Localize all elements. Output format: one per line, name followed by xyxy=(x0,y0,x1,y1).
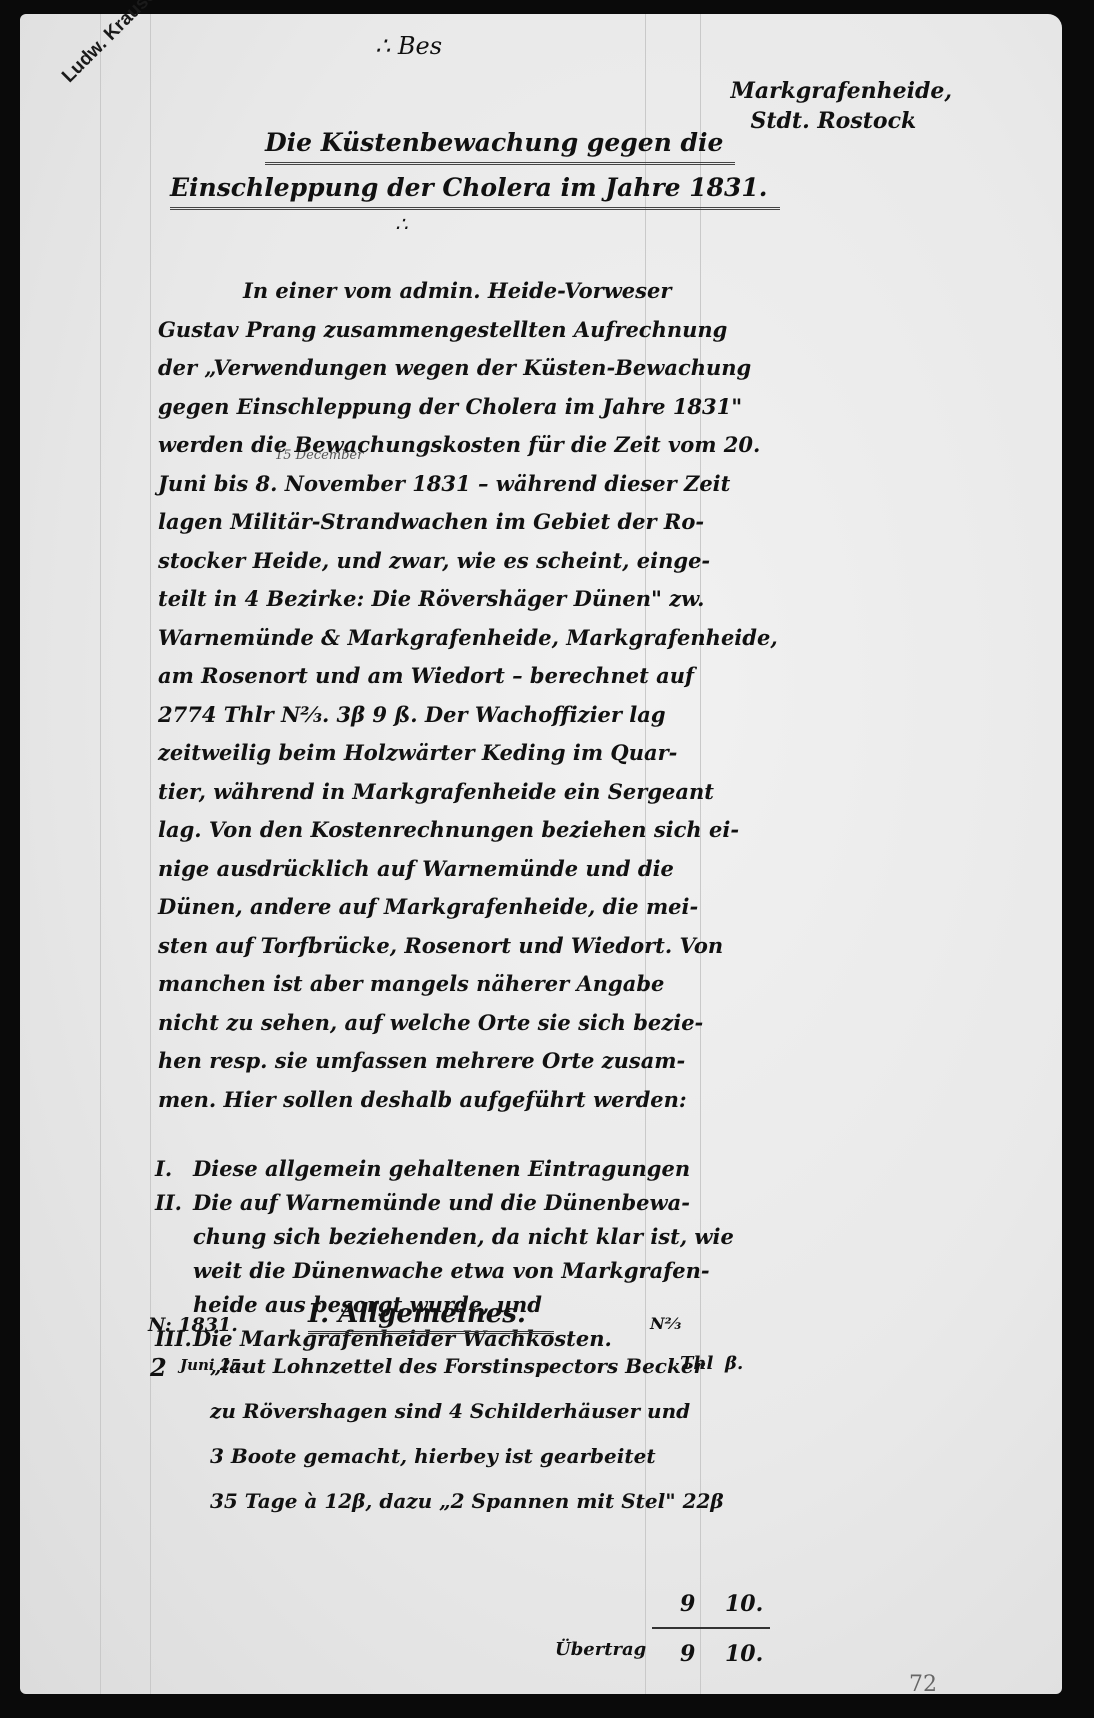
body-line: zeitweilig beim Holzwärter Keding im Qua… xyxy=(158,734,818,773)
body-line: hen resp. sie umfassen mehrere Orte zusa… xyxy=(158,1042,818,1081)
location-line: Markgrafenheide, xyxy=(730,76,952,106)
document-title: Die Küstenbewachung gegen die Einschlepp… xyxy=(170,124,780,210)
list-item: I.Diese allgemein gehaltenen Eintragunge… xyxy=(155,1152,734,1186)
page-number: 72 xyxy=(909,1672,937,1697)
body-line: nicht zu sehen, auf welche Orte sie sich… xyxy=(158,1004,818,1043)
ledger-number-header: N: 1831. xyxy=(148,1314,238,1336)
body-line: Warnemünde & Markgrafenheide, Markgrafen… xyxy=(158,619,818,658)
body-line: manchen ist aber mangels näherer Angabe xyxy=(158,965,818,1004)
list-numeral: I. xyxy=(155,1152,193,1186)
carry-over-schilling: 10. xyxy=(725,1641,763,1667)
list-text: chung sich beziehenden, da nicht klar is… xyxy=(193,1220,734,1254)
ledger-text-line: 35 Tage à 12β, dazu „2 Spannen mit Stel"… xyxy=(210,1479,724,1524)
title-line: Die Küstenbewachung gegen die xyxy=(265,124,735,165)
ledger-entry-number: 2 xyxy=(150,1353,167,1382)
body-line: sten auf Torfbrücke, Rosenort und Wiedor… xyxy=(158,927,818,966)
ruled-margin-line xyxy=(150,14,151,1694)
body-line: am Rosenort und am Wiedort – berechnet a… xyxy=(158,657,818,696)
section-heading: I. Allgemeines. xyxy=(308,1299,554,1334)
body-line: men. Hier sollen deshalb aufgeführt werd… xyxy=(158,1081,818,1120)
top-mark: ∴ Bes xyxy=(375,32,442,60)
body-line: der „Verwendungen wegen der Küsten-Bewac… xyxy=(158,349,818,388)
ledger-thaler-header: Thl xyxy=(680,1353,713,1374)
carry-over-label: Übertrag xyxy=(555,1639,646,1660)
body-text: In einer vom admin. Heide-Vorweser Gusta… xyxy=(158,272,818,1119)
list-text: Die auf Warnemünde und die Dünenbewa- xyxy=(193,1190,690,1215)
body-line: werden die Bewachungskosten für die Zeit… xyxy=(158,426,818,465)
body-line: Juni bis 8. November 1831 – während dies… xyxy=(158,465,818,504)
title-line: Einschleppung der Cholera im Jahre 1831. xyxy=(170,169,780,210)
ledger-thaler-value: 9 xyxy=(680,1591,695,1617)
archive-stamp: Ludw. Krause. xyxy=(58,0,165,88)
body-line: Gustav Prang zusammengestellten Aufrechn… xyxy=(158,311,818,350)
body-line: lag. Von den Kostenrechnungen beziehen s… xyxy=(158,811,818,850)
list-text: weit die Dünenwache etwa von Markgrafen- xyxy=(193,1254,734,1288)
ledger-schilling-value: 10. xyxy=(725,1591,763,1617)
body-line: In einer vom admin. Heide-Vorweser xyxy=(243,272,818,311)
list-text: Diese allgemein gehaltenen Eintragungen xyxy=(193,1156,690,1181)
ruled-margin-line xyxy=(100,14,101,1694)
ledger-entry-text: „laut Lohnzettel des Forstinspectors Bec… xyxy=(210,1344,724,1524)
section-mark: ∴ xyxy=(395,212,408,236)
location-line: Stdt. Rostock xyxy=(750,106,952,136)
sum-divider xyxy=(652,1627,770,1629)
ledger-currency-header: N⅔ xyxy=(650,1314,681,1333)
body-line: Dünen, andere auf Markgrafenheide, die m… xyxy=(158,888,818,927)
carry-over-thaler: 9 xyxy=(680,1641,695,1667)
body-line: nige ausdrücklich auf Warnemünde und die xyxy=(158,850,818,889)
ledger-text-line: zu Rövershagen sind 4 Schilderhäuser und xyxy=(210,1389,724,1434)
body-line: lagen Militär-Strandwachen im Gebiet der… xyxy=(158,503,818,542)
body-line: teilt in 4 Bezirke: Die Rövershäger Düne… xyxy=(158,580,818,619)
body-line: stocker Heide, und zwar, wie es scheint,… xyxy=(158,542,818,581)
ledger-schilling-header: β. xyxy=(725,1353,743,1374)
body-line: tier, während in Markgrafenheide ein Ser… xyxy=(158,773,818,812)
body-line: 2774 Thlr N⅔. 3β 9 ß. Der Wachoffizier l… xyxy=(158,696,818,735)
ledger-text-line: „laut Lohnzettel des Forstinspectors Bec… xyxy=(210,1344,724,1389)
list-numeral: II. xyxy=(155,1186,193,1220)
document-page: Ludw. Krause. ∴ Bes Markgrafenheide, Std… xyxy=(20,14,1062,1694)
body-line: gegen Einschleppung der Cholera im Jahre… xyxy=(158,388,818,427)
ledger-text-line: 3 Boote gemacht, hierbey ist gearbeitet xyxy=(210,1434,724,1479)
